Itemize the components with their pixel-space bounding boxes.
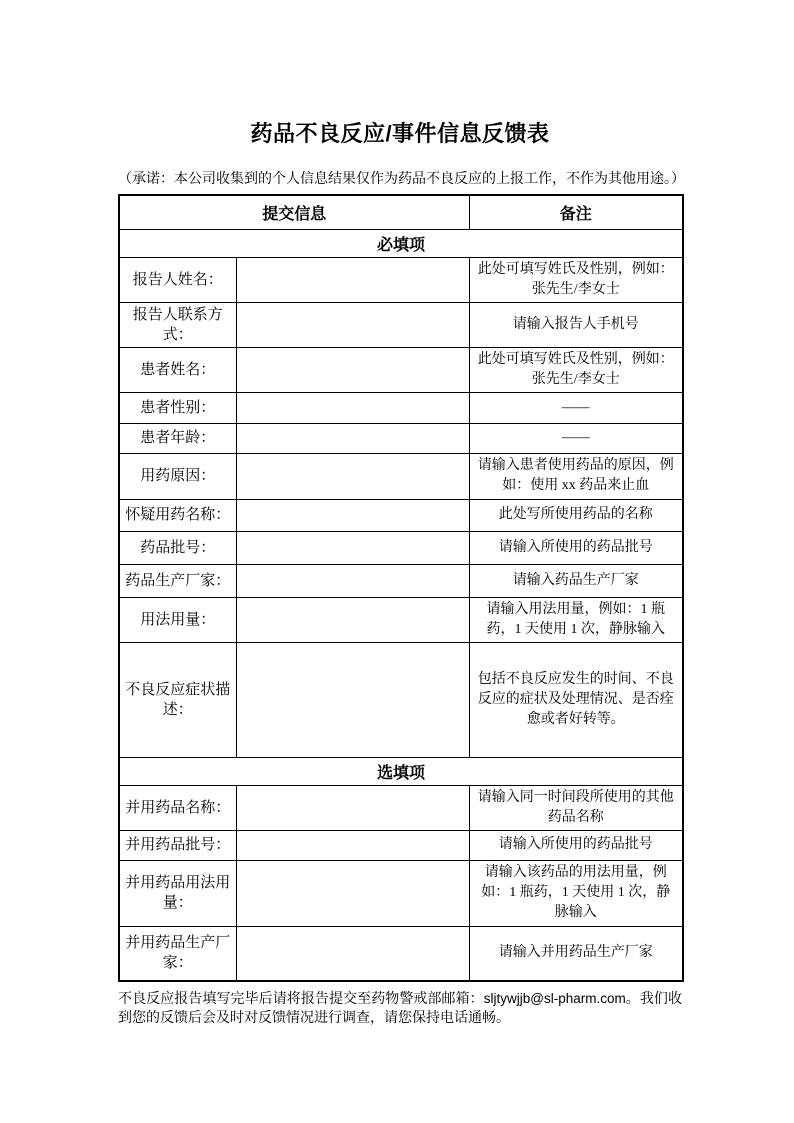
- document-content: 药品不良反应/事件信息反馈表 （承诺：本公司收集到的个人信息结果仅作为药品不良反…: [118, 0, 682, 1028]
- section-header-row-optional: 选填项: [119, 757, 683, 785]
- submission-instructions-before-email: 不良反应报告填写完毕后请将报告提交至药物警戒部邮箱：: [118, 992, 484, 1007]
- field-input-cell[interactable]: [236, 860, 469, 926]
- privacy-note: （承诺：本公司收集到的个人信息结果仅作为药品不良反应的上报工作，不作为其他用途。…: [118, 170, 682, 190]
- field-label: 不良反应症状描述：: [119, 642, 236, 757]
- form-row: 药品批号：请输入所使用的药品批号: [119, 531, 683, 564]
- field-label: 患者性别：: [119, 392, 236, 423]
- form-row: 并用药品名称：请输入同一时间段所使用的其他药品名称: [119, 785, 683, 830]
- field-input-cell[interactable]: [236, 531, 469, 564]
- form-row: 报告人姓名：此处可填写姓氏及性别，例如：张先生/李女士: [119, 257, 683, 302]
- field-input-cell[interactable]: [236, 302, 469, 347]
- field-remark: 此处可填写姓氏及性别，例如：张先生/李女士: [469, 347, 683, 392]
- section-title: 选填项: [119, 757, 683, 785]
- section-title: 必填项: [119, 229, 683, 257]
- field-input-cell[interactable]: [236, 785, 469, 830]
- field-remark: 请输入并用药品生产厂家: [469, 926, 683, 981]
- field-label: 患者年龄：: [119, 423, 236, 453]
- field-label: 并用药品用法用量：: [119, 860, 236, 926]
- form-row: 并用药品用法用量：请输入该药品的用法用量，例如：1 瓶药，1 天使用 1 次，静…: [119, 860, 683, 926]
- field-remark: 请输入所使用的药品批号: [469, 830, 683, 860]
- email-address: sljtywjjb@sl-pharm.com: [484, 991, 626, 1006]
- form-table-body: 必填项报告人姓名：此处可填写姓氏及性别，例如：张先生/李女士报告人联系方式：请输…: [119, 229, 683, 981]
- field-remark: 此处可填写姓氏及性别，例如：张先生/李女士: [469, 257, 683, 302]
- form-row: 用药原因：请输入患者使用药品的原因，例如：使用 xx 药品来止血: [119, 453, 683, 499]
- field-remark: 请输入报告人手机号: [469, 302, 683, 347]
- field-input-cell[interactable]: [236, 642, 469, 757]
- form-row: 药品生产厂家：请输入药品生产厂家: [119, 564, 683, 597]
- field-label: 并用药品生产厂家：: [119, 926, 236, 981]
- feedback-form-table: 提交信息 备注 必填项报告人姓名：此处可填写姓氏及性别，例如：张先生/李女士报告…: [118, 194, 684, 982]
- form-row: 并用药品批号：请输入所使用的药品批号: [119, 830, 683, 860]
- section-header-row-required: 必填项: [119, 229, 683, 257]
- form-row: 报告人联系方式：请输入报告人手机号: [119, 302, 683, 347]
- field-input-cell[interactable]: [236, 564, 469, 597]
- field-label: 报告人联系方式：: [119, 302, 236, 347]
- document-page: 药品不良反应/事件信息反馈表 （承诺：本公司收集到的个人信息结果仅作为药品不良反…: [0, 0, 794, 1123]
- field-remark: ——: [469, 392, 683, 423]
- field-remark: 请输入所使用的药品批号: [469, 531, 683, 564]
- form-title: 药品不良反应/事件信息反馈表: [118, 120, 682, 148]
- field-input-cell[interactable]: [236, 453, 469, 499]
- form-row: 患者性别：——: [119, 392, 683, 423]
- form-row: 怀疑用药名称：此处写所使用药品的名称: [119, 499, 683, 531]
- field-label: 怀疑用药名称：: [119, 499, 236, 531]
- form-row: 并用药品生产厂家：请输入并用药品生产厂家: [119, 926, 683, 981]
- field-remark: ——: [469, 423, 683, 453]
- field-label: 药品批号：: [119, 531, 236, 564]
- form-row: 患者年龄：——: [119, 423, 683, 453]
- field-label: 并用药品批号：: [119, 830, 236, 860]
- field-input-cell[interactable]: [236, 347, 469, 392]
- field-input-cell[interactable]: [236, 830, 469, 860]
- form-row: 患者姓名：此处可填写姓氏及性别，例如：张先生/李女士: [119, 347, 683, 392]
- field-input-cell[interactable]: [236, 499, 469, 531]
- field-input-cell[interactable]: [236, 423, 469, 453]
- field-label: 患者姓名：: [119, 347, 236, 392]
- field-label: 药品生产厂家：: [119, 564, 236, 597]
- field-input-cell[interactable]: [236, 597, 469, 642]
- column-header-row: 提交信息 备注: [119, 195, 683, 229]
- field-remark: 请输入用法用量，例如：1 瓶药，1 天使用 1 次，静脉输入: [469, 597, 683, 642]
- field-input-cell[interactable]: [236, 392, 469, 423]
- field-label: 用法用量：: [119, 597, 236, 642]
- field-input-cell[interactable]: [236, 926, 469, 981]
- field-label: 用药原因：: [119, 453, 236, 499]
- field-remark: 请输入同一时间段所使用的其他药品名称: [469, 785, 683, 830]
- submission-instructions: 不良反应报告填写完毕后请将报告提交至药物警戒部邮箱：sljtywjjb@sl-p…: [118, 989, 682, 1028]
- field-input-cell[interactable]: [236, 257, 469, 302]
- form-row: 不良反应症状描述：包括不良反应发生的时间、不良反应的症状及处理情况、是否痊愈或者…: [119, 642, 683, 757]
- field-label: 并用药品名称：: [119, 785, 236, 830]
- field-label: 报告人姓名：: [119, 257, 236, 302]
- field-remark: 此处写所使用药品的名称: [469, 499, 683, 531]
- column-header-submit-info: 提交信息: [119, 195, 469, 229]
- field-remark: 包括不良反应发生的时间、不良反应的症状及处理情况、是否痊愈或者好转等。: [469, 642, 683, 757]
- form-table-head: 提交信息 备注: [119, 195, 683, 229]
- field-remark: 请输入药品生产厂家: [469, 564, 683, 597]
- field-remark: 请输入患者使用药品的原因，例如：使用 xx 药品来止血: [469, 453, 683, 499]
- field-remark: 请输入该药品的用法用量，例如：1 瓶药，1 天使用 1 次，静脉输入: [469, 860, 683, 926]
- form-row: 用法用量：请输入用法用量，例如：1 瓶药，1 天使用 1 次，静脉输入: [119, 597, 683, 642]
- column-header-remarks: 备注: [469, 195, 683, 229]
